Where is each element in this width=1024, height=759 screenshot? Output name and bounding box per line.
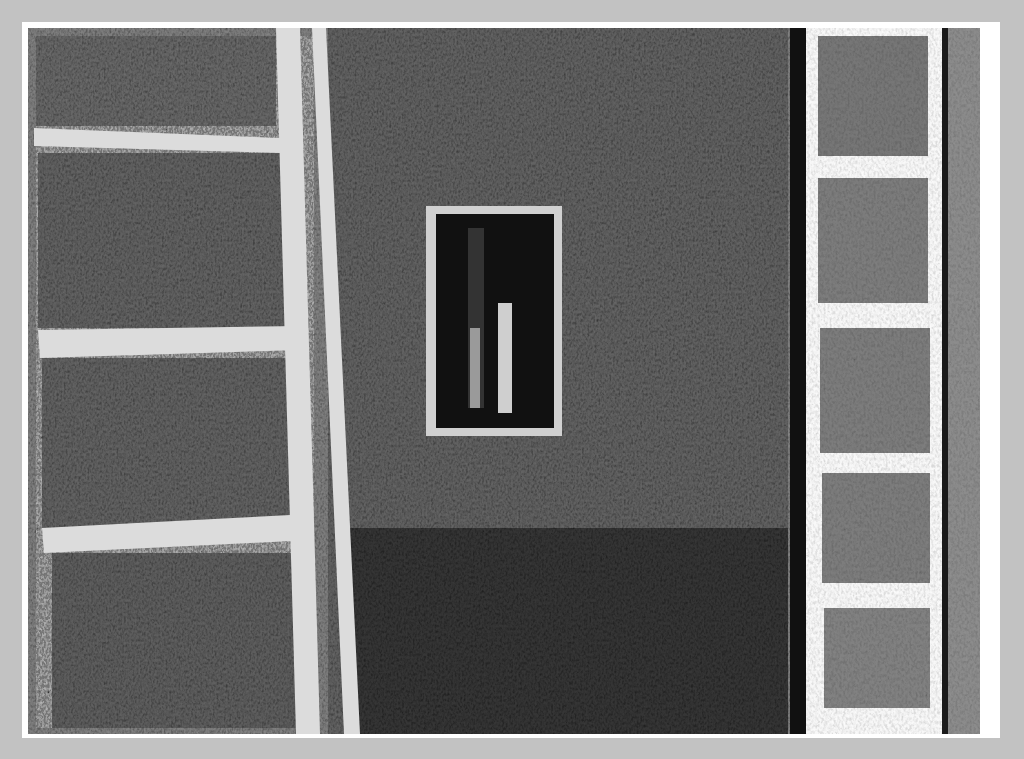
right-door [806, 28, 994, 734]
framed-picture [426, 206, 562, 436]
room-scene [28, 28, 994, 734]
door-frame-edge [790, 28, 806, 734]
photograph [28, 28, 994, 734]
